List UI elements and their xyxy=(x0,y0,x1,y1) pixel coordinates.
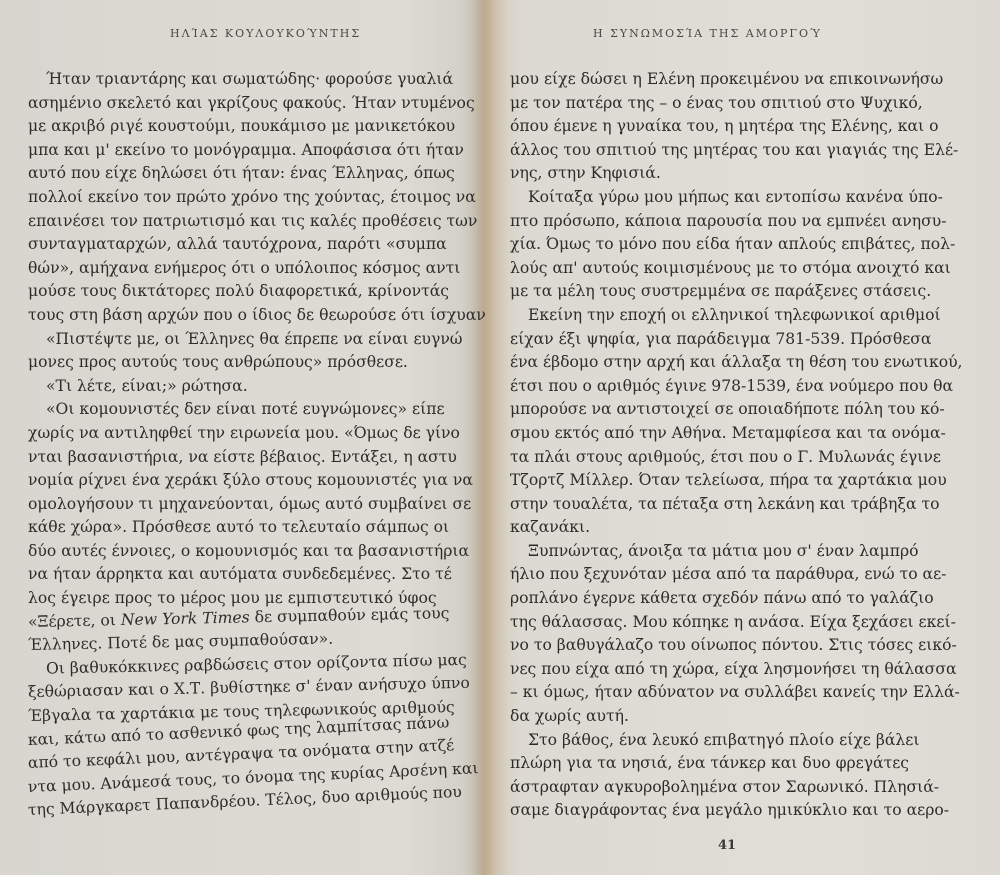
text-line: «Οι κομουνιστές δεν είναι ποτέ ευγνώμονε… xyxy=(28,398,488,422)
text-line: μπα και μ' εκείνο το μονόγραμμα. Αποφάσι… xyxy=(28,139,488,163)
text-line: άστραφταν αγκυροβολημένα στον Σαρωνικό. … xyxy=(510,776,988,800)
text-line: θών», αμήχανα ενήμερος ότι ο υπόλοιπος κ… xyxy=(28,257,488,281)
italic-title: New York Times xyxy=(121,608,250,629)
text-line: να ήταν άρρηκτα και αυτόματα συνδεδεμένε… xyxy=(28,563,488,587)
text-line: της θάλασσας. Μου κόπηκε η ανάσα. Είχα ξ… xyxy=(510,611,988,635)
text-line: Στο βάθος, ένα λευκό επιβατηγό πλοίο είχ… xyxy=(510,729,988,753)
text-line: μου είχε δώσει η Ελένη προκειμένου να επ… xyxy=(510,68,988,92)
text-line: πλώρη για τα νησιά, ένα τάνκερ και δυο φ… xyxy=(510,752,988,776)
text-line: τα πλάι στους αριθμούς, έτσι που ο Γ. Μυ… xyxy=(510,446,988,470)
right-page-body: μου είχε δώσει η Ελένη προκειμένου να επ… xyxy=(510,68,988,823)
running-head-title: Η Συνωμοσία της Αμοργού xyxy=(593,27,822,40)
page-number: 41 xyxy=(718,838,736,853)
text-line: στην τουαλέτα, τα πέταξα στη λεκάνη και … xyxy=(510,493,988,517)
text-line: νες που είχα από τη χώρα, είχα λησμονήσε… xyxy=(510,658,988,682)
text-line: λούς απ' αυτούς κοιμισμένους με το στόμα… xyxy=(510,257,988,281)
text-line: δα χωρίς αυτή. xyxy=(510,705,988,729)
text-line: σαμε διαγράφοντας ένα μεγάλο ημικύκλιο κ… xyxy=(510,799,988,823)
text-line: χία. Όμως το μόνο που είδα ήταν απλούς ε… xyxy=(510,233,988,257)
text-segment: δε συμπαθούν εμάς τους xyxy=(249,604,449,626)
text-line: ομολογήσουν τι μηχανεύονται, όμως αυτό σ… xyxy=(28,493,488,517)
text-line: Κοίταξα γύρω μου μήπως και εντοπίσω κανέ… xyxy=(510,186,988,210)
text-segment: «Ξέρετε, οι xyxy=(28,611,121,631)
book-spread: Ηλίας Κουλουκούντης Ήταν τριαντάρης και … xyxy=(0,0,1000,875)
left-page: Ηλίας Κουλουκούντης Ήταν τριαντάρης και … xyxy=(0,0,486,875)
running-head-author: Ηλίας Κουλουκούντης xyxy=(170,27,361,40)
text-line: έτσι που ο αριθμός έγινε 978-1539, ένα ν… xyxy=(510,375,988,399)
text-line: με ακριβό ριγέ κουστούμι, πουκάμισο με μ… xyxy=(28,115,488,139)
text-line: αυτό που είχε δηλώσει ότι ήταν: ένας Έλλ… xyxy=(28,162,488,186)
text-line: Εκείνη την εποχή οι ελληνικοί τηλεφωνικο… xyxy=(510,304,988,328)
text-line: κάθε χώρα». Πρόσθεσε αυτό το τελευταίο σ… xyxy=(28,516,488,540)
text-line: τους στη βάση αρχών που ο ίδιος δε θεωρο… xyxy=(28,304,488,328)
text-line: δύο αυτές έννοιες, ο κομουνισμός και τα … xyxy=(28,540,488,564)
text-line: «Πιστέψτε με, οι Έλληνες θα έπρεπε να εί… xyxy=(28,328,488,352)
text-line: πολλοί εκείνο τον πρώτο χρόνο της χούντα… xyxy=(28,186,488,210)
text-line: μπορούσε να αντιστοιχεί σε οποιαδήποτε π… xyxy=(510,398,988,422)
text-line: νο το βαθυγάλαζο του οίνωπος πόντου. Στι… xyxy=(510,634,988,658)
text-line: ήλιο που ξεχυνόταν μέσα από τα παράθυρα,… xyxy=(510,563,988,587)
text-line: νται βασανιστήρια, να είστε βέβαιος. Εντ… xyxy=(28,446,488,470)
text-line: – κι όμως, ήταν αδύνατον να συλλάβει καν… xyxy=(510,681,988,705)
text-line: επαινέσει τον πατριωτισμό και τις καλές … xyxy=(28,210,488,234)
text-line: με τον πατέρα της – ο ένας του σπιτιού σ… xyxy=(510,92,988,116)
text-line: ροπλάνο έγερνε κάθετα σχεδόν πάνω από το… xyxy=(510,587,988,611)
text-line: ασημένιο σκελετό και γκρίζους φακούς. Ήτ… xyxy=(28,92,488,116)
text-line: σμου εκτός από την Αθήνα. Μεταμφίεσα και… xyxy=(510,422,988,446)
text-line: μούσε τους δικτάτορες πολύ διαφορετικά, … xyxy=(28,280,488,304)
text-line: είχαν έξι ψηφία, για παράδειγμα 781-539.… xyxy=(510,328,988,352)
text-line: άλλος του σπιτιού της μητέρας του και γι… xyxy=(510,139,988,163)
text-line: «Τι λέτε, είναι;» ρώτησα. xyxy=(28,375,488,399)
text-line: χωρίς να αντιληφθεί την ειρωνεία μου. «Ό… xyxy=(28,422,488,446)
text-line: καζανάκι. xyxy=(510,516,988,540)
text-line: νομία ρίχνει ένα χεράκι ξύλο στους κομου… xyxy=(28,469,488,493)
text-line: Τζορτζ Μίλλερ. Όταν τελείωσα, πήρα τα χα… xyxy=(510,469,988,493)
left-page-body: Ήταν τριαντάρης και σωματώδης· φορούσε γ… xyxy=(28,68,488,823)
right-page: Η Συνωμοσία της Αμοργού μου είχε δώσει η… xyxy=(498,0,1000,875)
text-line: Ξυπνώντας, άνοιξα τα μάτια μου σ' έναν λ… xyxy=(510,540,988,564)
text-line: μονες προς αυτούς τους ανθρώπους» πρόσθε… xyxy=(28,351,488,375)
text-line: πτο πρόσωπο, κάποια παρουσία που να εμπν… xyxy=(510,210,988,234)
text-line: όπου έμενε η γυναίκα του, η μητέρα της Ε… xyxy=(510,115,988,139)
text-line: νης, στην Κηφισιά. xyxy=(510,162,988,186)
text-line: ένα έβδομο στην αρχή και άλλαξα τη θέση … xyxy=(510,351,988,375)
text-line: συνταγματαρχών, αλλά ταυτόχρονα, παρότι … xyxy=(28,233,488,257)
text-line: με τα μέλη τους συστρεμμένα σε παράξενες… xyxy=(510,280,988,304)
text-line: Ήταν τριαντάρης και σωματώδης· φορούσε γ… xyxy=(28,68,488,92)
